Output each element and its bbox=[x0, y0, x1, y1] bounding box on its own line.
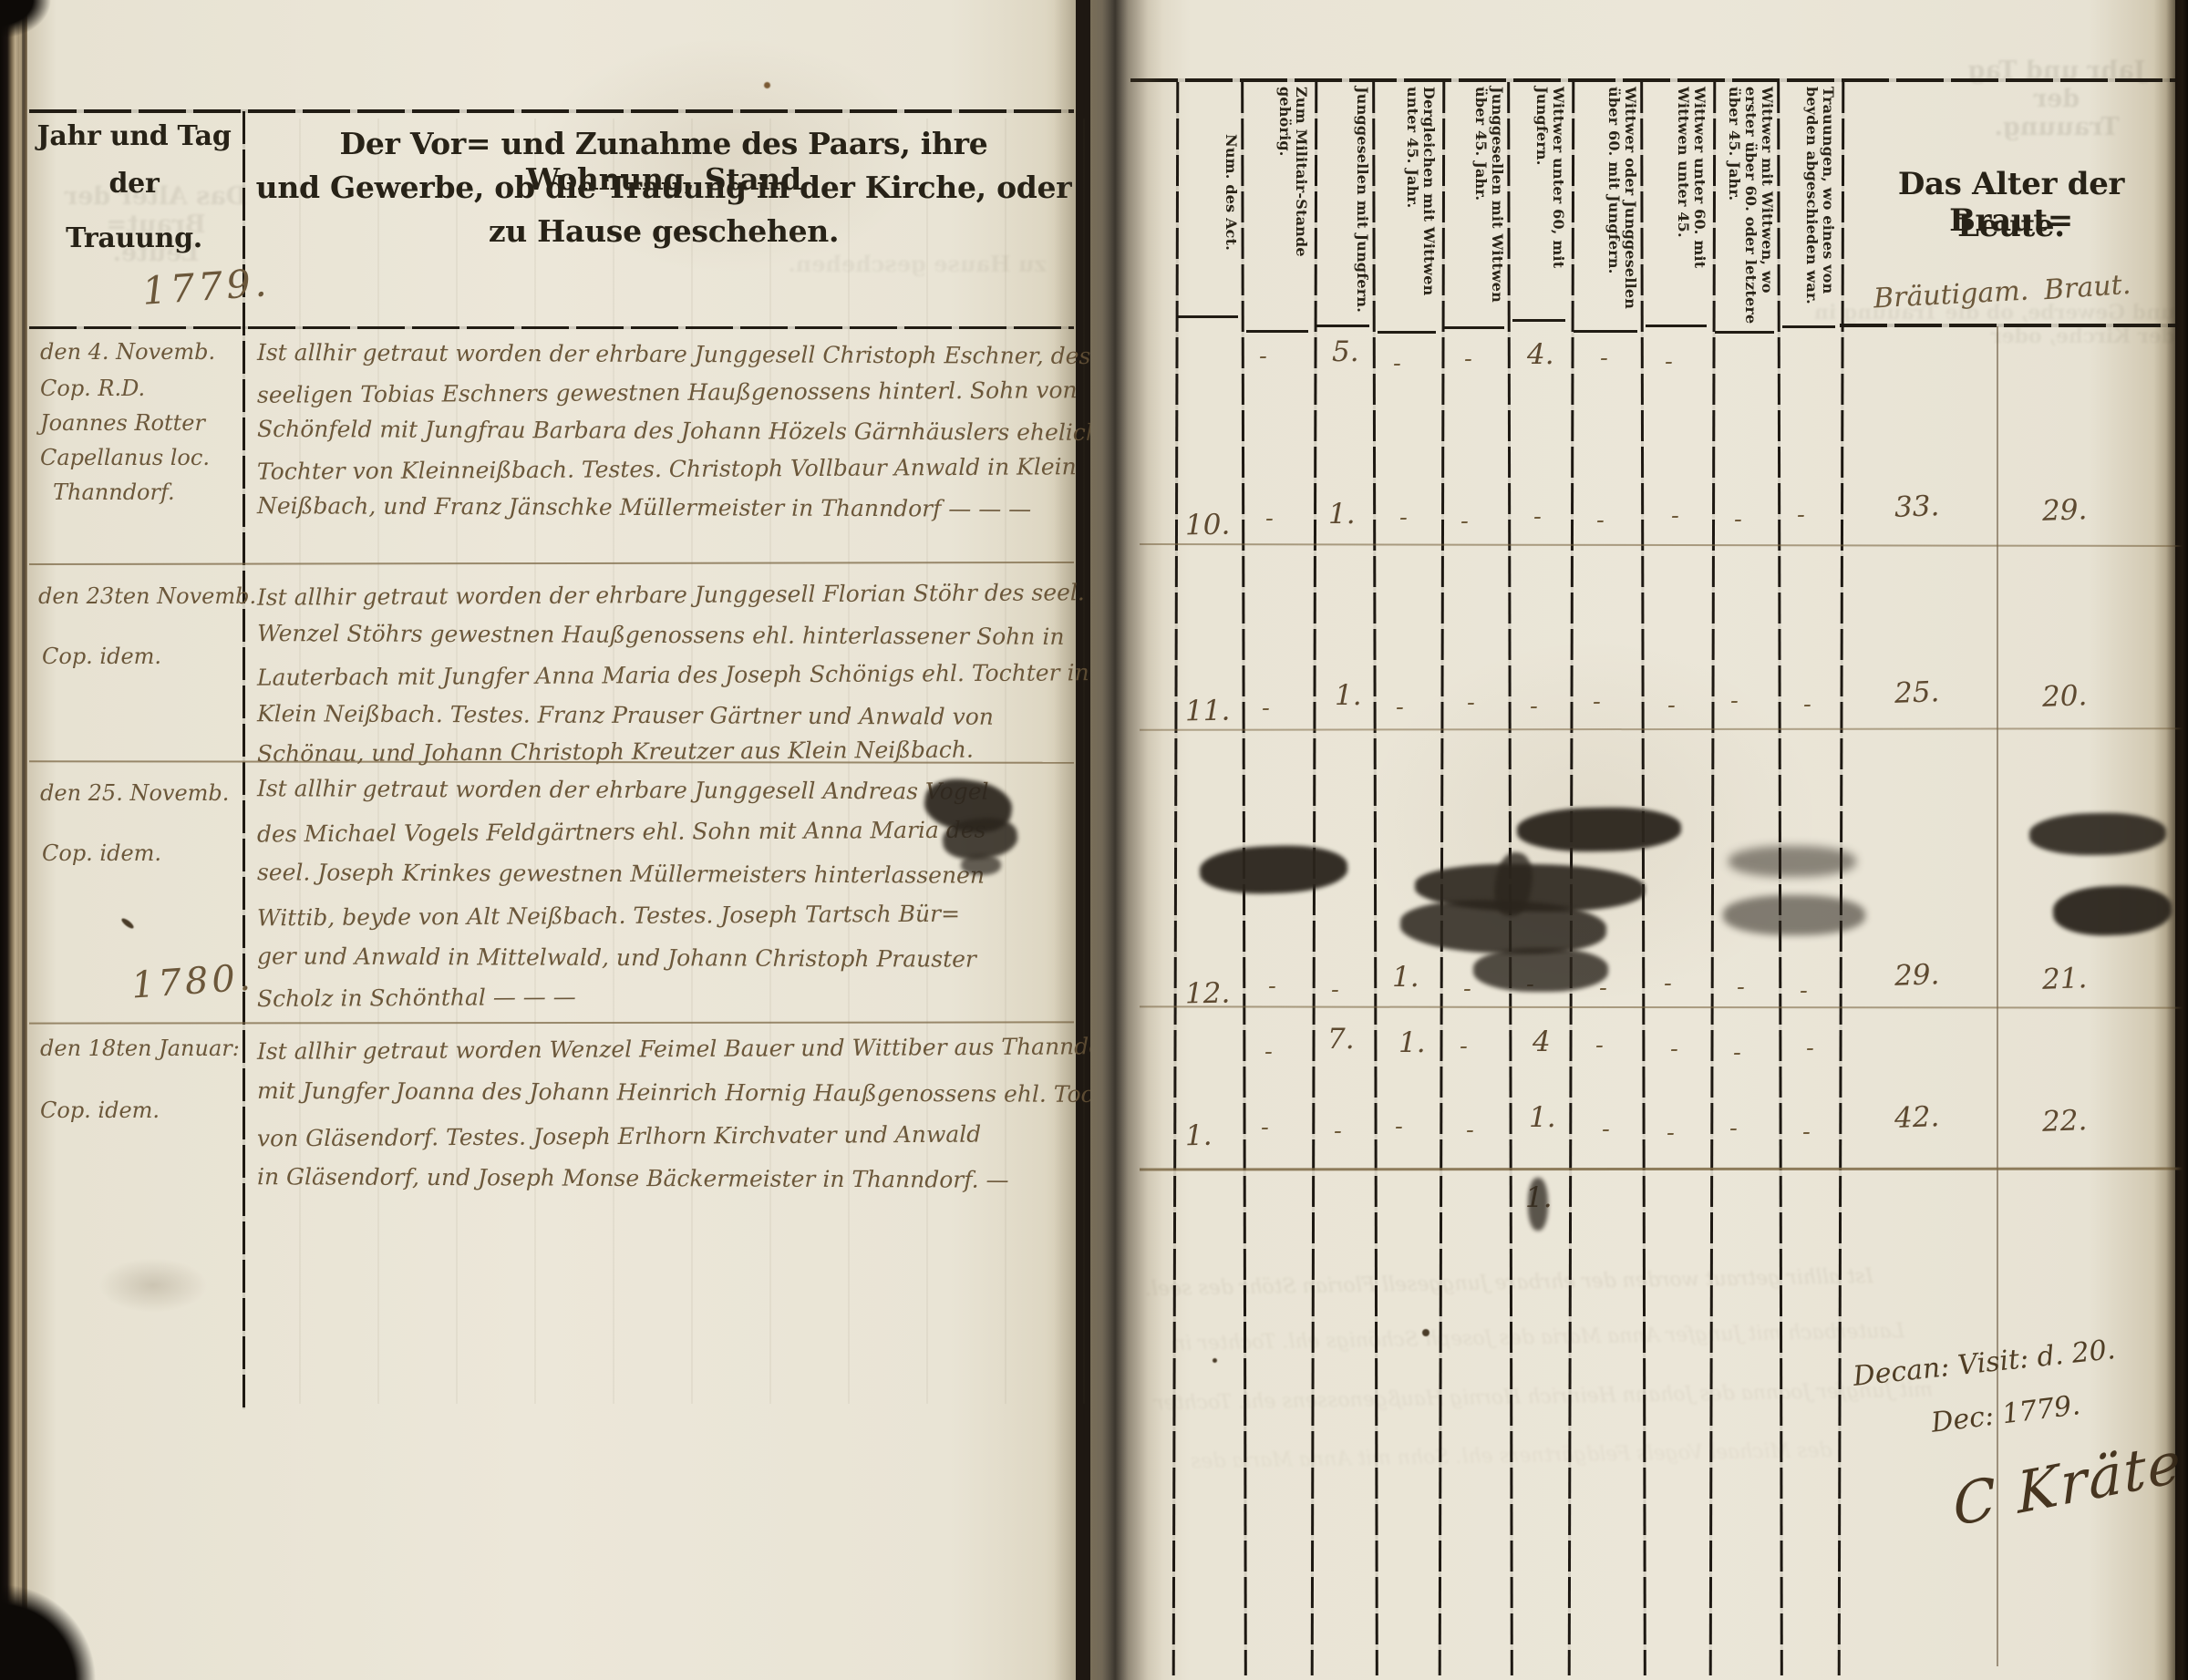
entry-text-line: Klein Neißbach. Testes. Franz Prauser Gä… bbox=[257, 702, 994, 728]
ink-blot bbox=[961, 855, 1001, 875]
entry-text-line: Ist allhir getraut worden der ehrbare Ju… bbox=[257, 341, 1090, 367]
entry-text-line: Ist allhir getraut worden der ehrbare Ju… bbox=[257, 581, 1085, 609]
entry-date-line: den 18ten Januar: bbox=[40, 1036, 240, 1061]
entry-date-line: Thanndorf. bbox=[53, 479, 175, 505]
entry-text-line: Schönau, und Johann Christoph Kreutzer a… bbox=[257, 738, 974, 766]
bleed-through-text: Ist allhir getraut worden der ehrbare Ju… bbox=[1145, 1265, 1873, 1301]
ink-speck bbox=[120, 917, 135, 931]
entry-date-line: Cop. idem. bbox=[42, 644, 161, 669]
entry-date-line: Joannes Rotter bbox=[40, 410, 205, 436]
date-column-header-line2: der bbox=[26, 168, 243, 200]
entry-date-line: Cop. idem. bbox=[40, 1098, 160, 1123]
main-header-line3: zu Hause geschehen. bbox=[253, 213, 1074, 249]
entry-date-line: den 23ten Novemb. bbox=[38, 583, 256, 609]
entry-text-line: des Michael Vogels Feldgärtners ehl. Soh… bbox=[257, 819, 986, 846]
age-header-rule bbox=[1840, 324, 2175, 327]
row-divider bbox=[29, 1021, 1074, 1024]
entry-text-line: Schönfeld mit Jungfrau Barbara des Johan… bbox=[257, 417, 1129, 444]
date-column-header-line3: Trauung. bbox=[26, 222, 243, 254]
entry-text-line: Ist allhir getraut worden der ehrbare Ju… bbox=[257, 777, 989, 803]
entry-date-line: den 25. Novemb. bbox=[40, 780, 229, 806]
date-column-header-line1: Jahr und Tag bbox=[26, 120, 243, 152]
book-edge-left bbox=[0, 0, 27, 1680]
marriage-register-scan: Das Alter der Braut= Leute. zu Hause ges… bbox=[0, 0, 2188, 1680]
book-corner-top-left bbox=[0, 0, 82, 64]
entry-text-line: Ist allhir getraut worden Wenzel Feimel … bbox=[257, 1035, 1122, 1063]
entry-date-line: den 4. Novemb. bbox=[40, 339, 215, 365]
paper-stain bbox=[1364, 638, 1820, 1003]
top-rule bbox=[29, 109, 1074, 113]
bleed-through-text: Lauterbach mit Jungfer Anna Maria des Jo… bbox=[1172, 1320, 1904, 1355]
year-1779: 1779. bbox=[140, 260, 271, 314]
left-page: Das Alter der Braut= Leute. zu Hause ges… bbox=[26, 0, 1076, 1680]
top-rule bbox=[1130, 78, 2175, 82]
entry-text-line: seeligen Tobias Eschners gewestnen Haußg… bbox=[257, 378, 1078, 406]
entry-text-line: ger und Anwald in Mittelwald, und Johann… bbox=[257, 944, 976, 970]
paper-stain bbox=[98, 1258, 208, 1313]
book-edge-right bbox=[2166, 0, 2188, 1680]
ink-speck bbox=[764, 82, 770, 88]
entry-date-line: Cop. idem. bbox=[42, 840, 161, 866]
bleed-through-text: des Michael Vogels Feldgärtners ehl. Soh… bbox=[1191, 1439, 1832, 1473]
entry-text-line: Tochter von Kleinneißbach. Testes. Chris… bbox=[257, 455, 1077, 482]
entry-text-line: in Gläsendorf, und Joseph Monse Bäckerme… bbox=[257, 1165, 1009, 1191]
right-page: Jahr und Tag der Trauung. und Gewerbe, o… bbox=[1090, 0, 2175, 1680]
bleed-through-text: mit Jungfer Joanna des Johann Heinrich H… bbox=[1154, 1379, 1933, 1416]
entry-text-line: Scholz in Schönthal — — — bbox=[257, 985, 576, 1010]
entry-text-line: seel. Joseph Krinkes gewestnen Müllermei… bbox=[257, 861, 985, 886]
main-header-line2: und Gewerbe, ob die Trauung in der Kirch… bbox=[253, 170, 1074, 205]
header-bottom-rule bbox=[29, 326, 1074, 329]
entry-date-line: Cop. R.D. bbox=[40, 376, 145, 401]
book-corner-bottom-left bbox=[0, 1550, 146, 1680]
row-divider bbox=[29, 562, 1074, 565]
entry-date-line: Capellanus loc. bbox=[40, 445, 210, 470]
entry-text-line: Neißbach, und Franz Jänschke Müllermeist… bbox=[257, 494, 1031, 520]
bleed-through-text: zu Hause geschehen. bbox=[664, 251, 1047, 277]
entry-text-line: mit Jungfer Joanna des Johann Heinrich H… bbox=[257, 1079, 1142, 1106]
entry-text-line: Wenzel Stöhrs gewestnen Haußgenossens eh… bbox=[257, 622, 1065, 648]
year-1780: 1780. bbox=[130, 956, 255, 1006]
entry-text-line: Lauterbach mit Jungfer Anna Maria des Jo… bbox=[257, 661, 1089, 689]
entry-text-line: Wittib, beyde von Alt Neißbach. Testes. … bbox=[257, 902, 960, 930]
bleed-through-text: Jahr und Tag der Trauung. bbox=[1947, 57, 2166, 141]
entry-text-line: von Gläsendorf. Testes. Joseph Erlhorn K… bbox=[257, 1123, 981, 1150]
